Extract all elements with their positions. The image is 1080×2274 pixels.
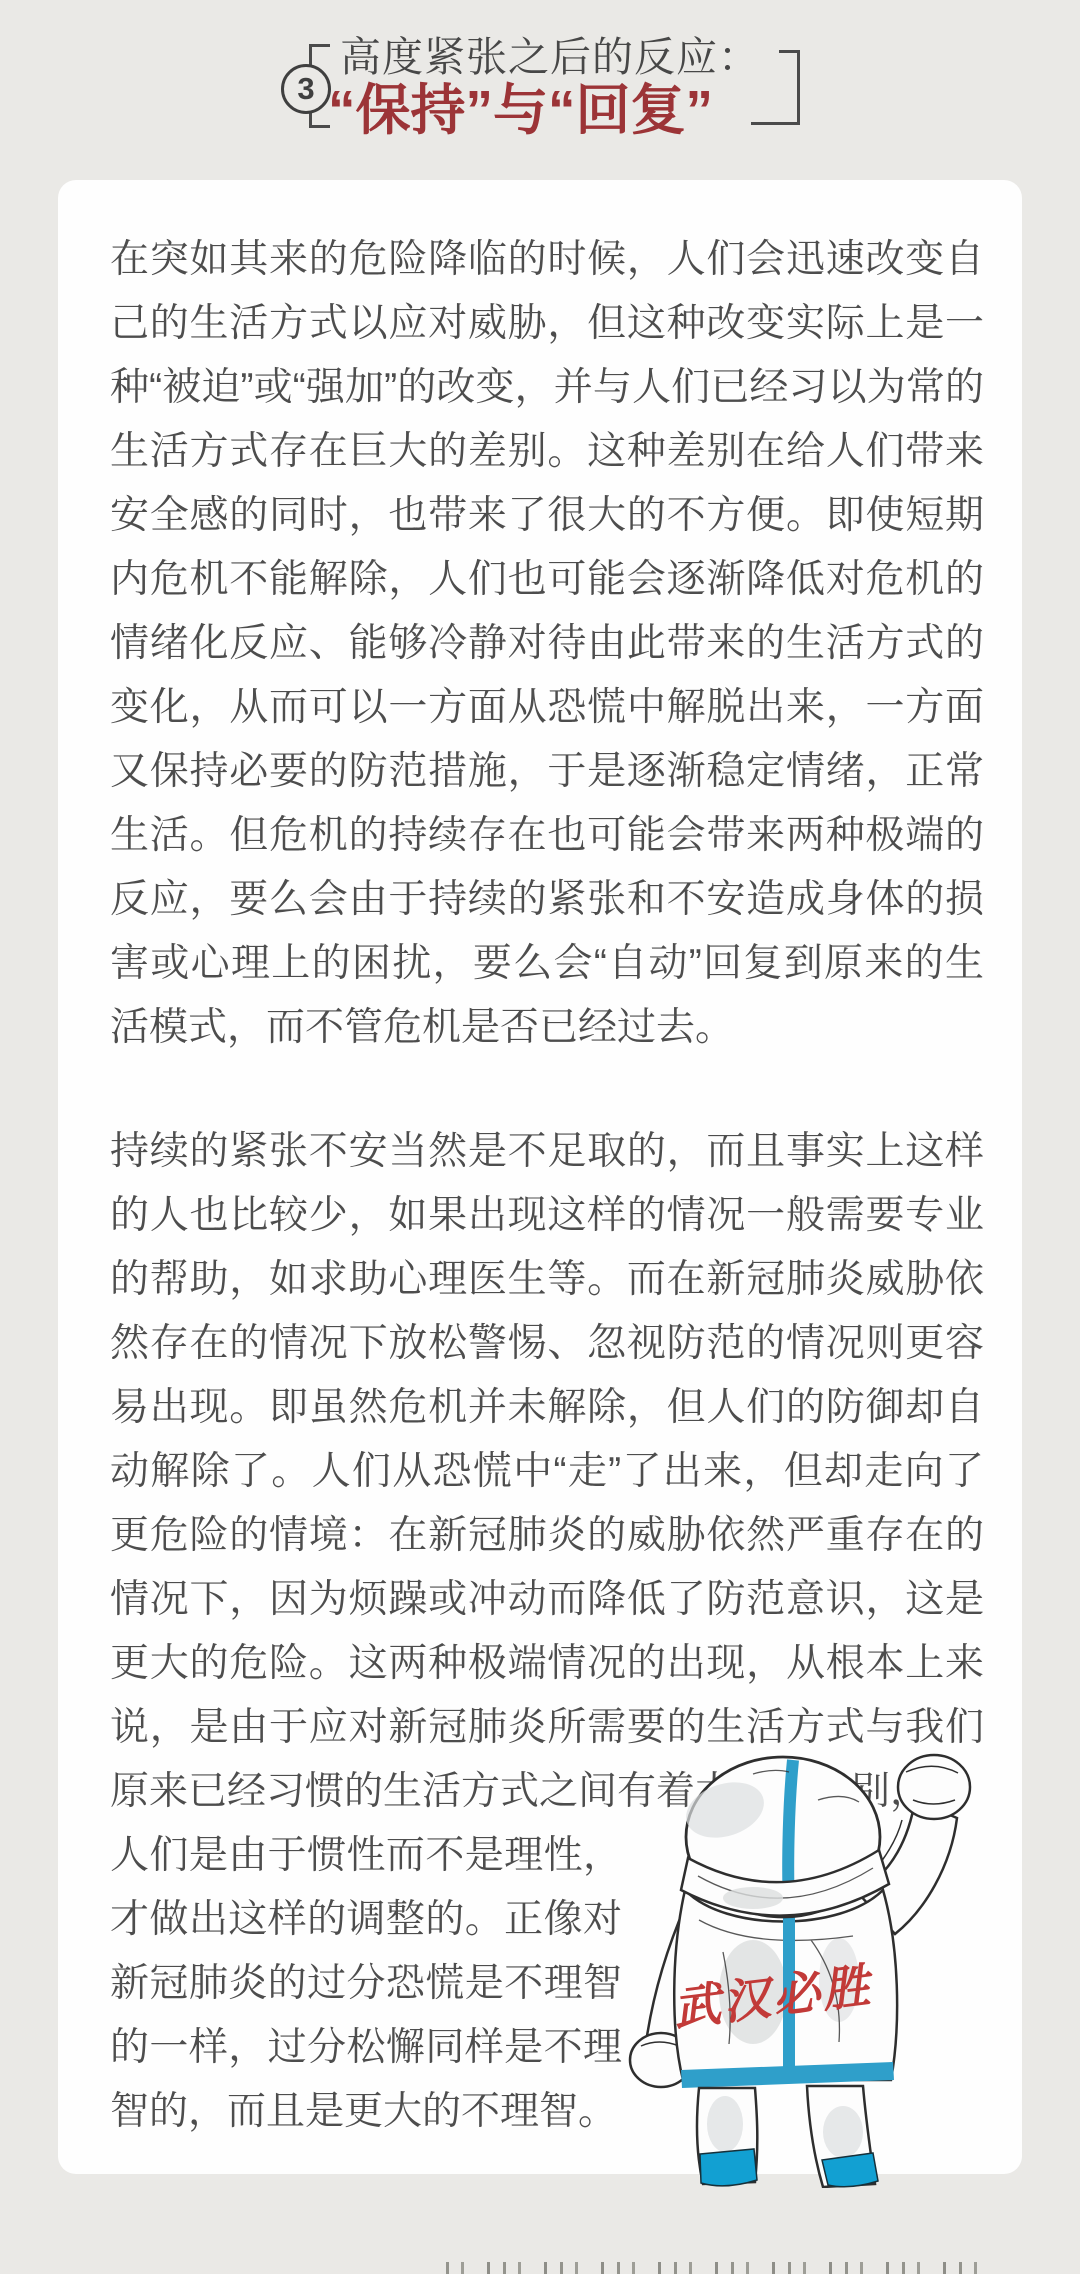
article-page: 3 高度紧张之后的反应： “保持”与“回复” 在突如其来的危险降临的时候，人们会… bbox=[0, 0, 1080, 2274]
raised-fist bbox=[898, 1755, 970, 1819]
bracket-right-hook bbox=[779, 50, 797, 53]
section-subtitle: “保持”与“回复” bbox=[328, 66, 713, 145]
hazmat-worker-illustration: 武汉必胜 bbox=[602, 1740, 994, 2188]
cutoff-next-line bbox=[446, 2262, 991, 2274]
section-header: 3 高度紧张之后的反应： “保持”与“回复” bbox=[0, 0, 1080, 180]
paragraph-1: 在突如其来的危险降临的时候，人们会迅速改变自己的生活方式以应对威胁，但这种改变实… bbox=[110, 228, 984, 1060]
article-card: 在突如其来的危险降临的时候，人们会迅速改变自己的生活方式以应对威胁，但这种改变实… bbox=[58, 180, 1022, 2174]
paragraph-2-part1: 持续的紧张不安当然是不足取的，而且事实上这样的人也比较少，如果出现这样的情况一般… bbox=[110, 1130, 984, 1813]
paragraph-2-part2: 人们是由于惯性而不是理性，才做出这样的调整的。正像对新冠肺炎的过分恐慌是不理智的… bbox=[110, 1824, 622, 2144]
section-number-badge: 3 bbox=[281, 64, 331, 114]
hazmat-worker-svg: 武汉必胜 bbox=[602, 1740, 994, 2188]
left-shoe-cover bbox=[700, 2149, 757, 2186]
